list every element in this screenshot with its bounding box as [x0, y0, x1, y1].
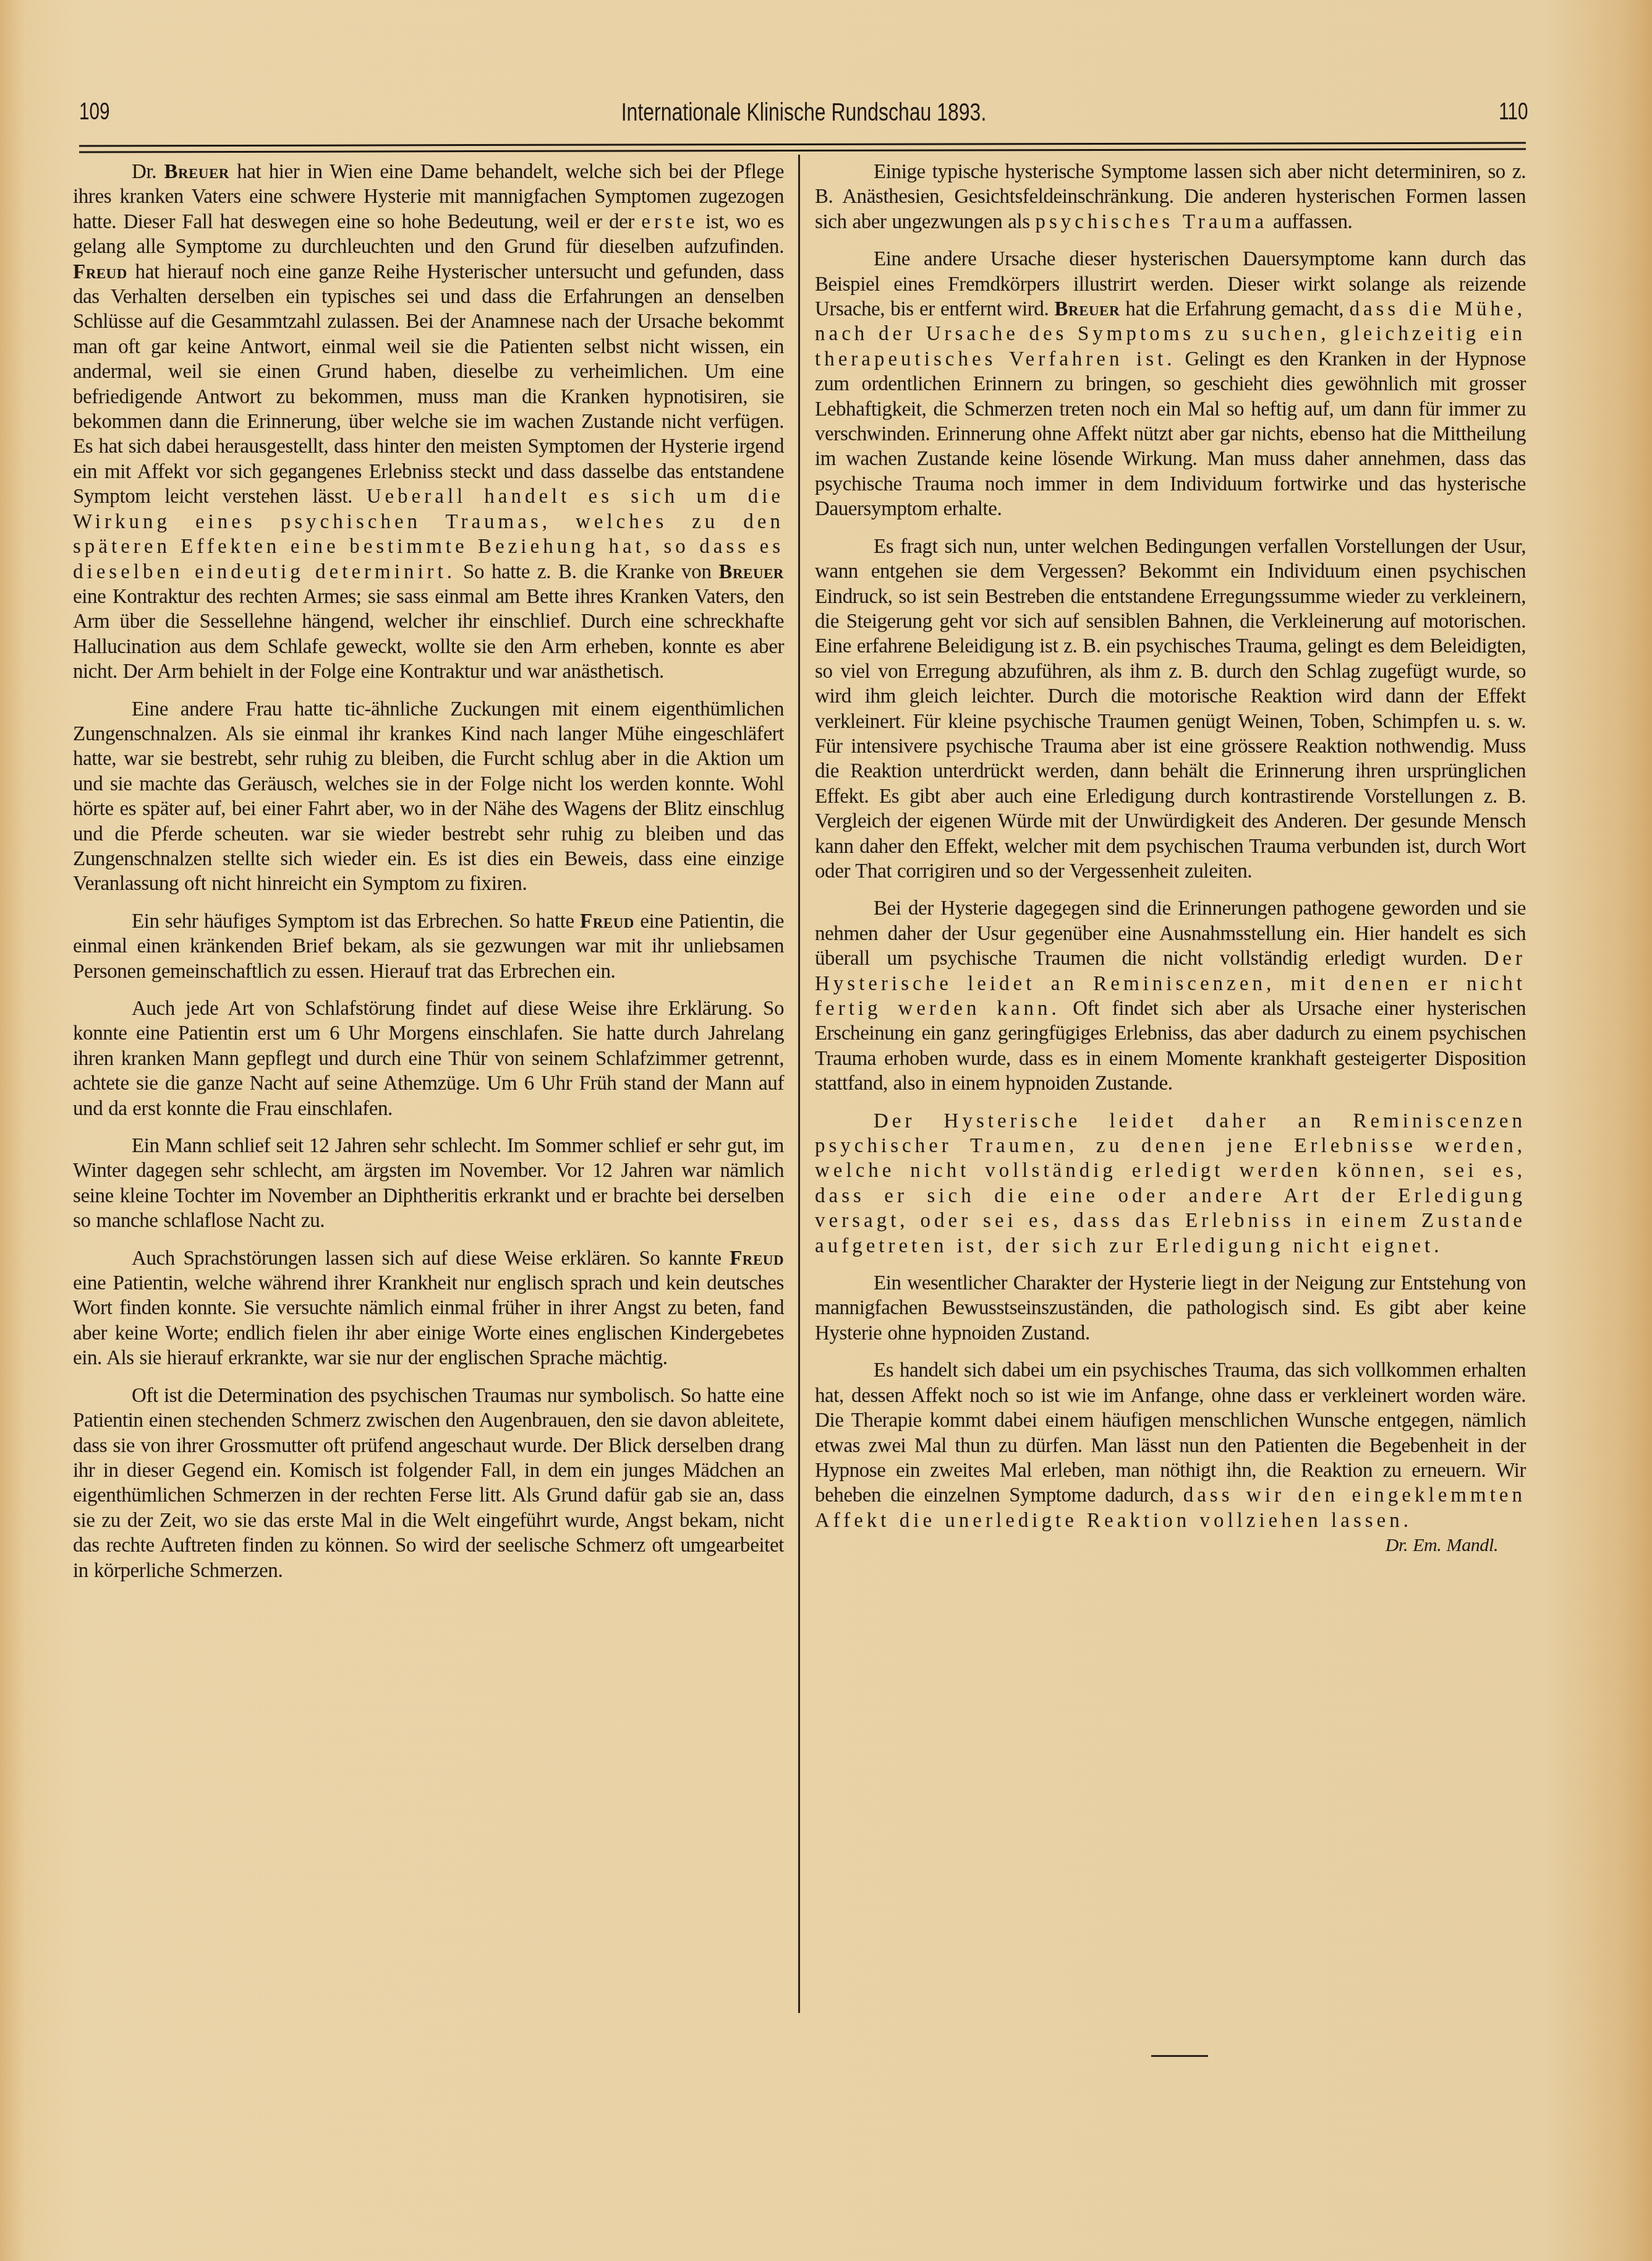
paragraph: Es handelt sich dabei um ein psychisches…	[815, 1358, 1526, 1533]
emphasized-text: psychisches Trauma	[1035, 211, 1267, 233]
text-run: eine Patientin, welche während ihrer Kra…	[73, 1272, 784, 1369]
emphasized-text: erste	[641, 211, 698, 233]
paragraph: Oft ist die Determination des psychische…	[73, 1383, 784, 1583]
author-name: Freud	[580, 910, 634, 933]
author-name: Freud	[73, 261, 127, 283]
text-run: Dr.	[132, 161, 164, 183]
paragraph: Dr. Breuer hat hier in Wien eine Dame be…	[73, 160, 784, 685]
text-run: Auch Sprachstörungen lassen sich auf die…	[132, 1247, 730, 1270]
text-run: hat hierauf noch eine ganze Reihe Hyster…	[73, 261, 784, 508]
right-column: Einige typische hysterische Symptome las…	[815, 160, 1526, 1558]
running-header: 109 Internationale Klinische Rundschau 1…	[79, 99, 1528, 136]
text-run: auffassen.	[1267, 211, 1352, 233]
journal-title: Internationale Klinische Rundschau 1893.	[224, 99, 1383, 127]
text-run: eine Kontraktur des rechten Armes; sie s…	[73, 586, 784, 683]
author-name: Freud	[730, 1247, 784, 1270]
paragraph: Der Hysterische leidet daher an Reminisc…	[815, 1109, 1526, 1259]
author-name: Breuer	[718, 561, 784, 583]
paragraph: Einige typische hysterische Symptome las…	[815, 160, 1526, 234]
text-run: Auch jede Art von Schlafstörung findet a…	[73, 998, 784, 1120]
text-run: Oft ist die Determination des psychische…	[73, 1385, 784, 1582]
paragraph: Auch Sprachstörungen lassen sich auf die…	[73, 1246, 784, 1371]
text-run: Eine andere Frau hatte tic-ähnliche Zuck…	[73, 698, 784, 895]
text-run: Es fragt sich nun, unter welchen Bedingu…	[815, 536, 1526, 883]
text-run: Bei der Hysterie dagegegen sind die Erin…	[815, 897, 1526, 970]
text-run: Ein wesentlicher Charakter der Hysterie …	[815, 1272, 1526, 1344]
paragraph: Es fragt sich nun, unter welchen Bedingu…	[815, 534, 1526, 884]
text-run: So hatte z. B. die Kranke von	[456, 561, 718, 583]
page-number-left: 109	[79, 99, 109, 126]
emphasized-text: Der Hysterische leidet daher an Reminisc…	[815, 1110, 1526, 1257]
text-run: Gelingt es den Kranken in der Hypnose zu…	[815, 348, 1526, 520]
paragraph: Ein Mann schlief seit 12 Jahren sehr sch…	[73, 1134, 784, 1234]
left-column: Dr. Breuer hat hier in Wien eine Dame be…	[73, 160, 784, 1596]
page-number-right: 110	[1499, 99, 1528, 126]
paragraph: Eine andere Ursache dieser hysterischen …	[815, 247, 1526, 521]
text-run: hat die Erfahrung gemacht,	[1120, 298, 1349, 320]
text-run: Ein sehr häufiges Symptom ist das Erbrec…	[132, 910, 580, 933]
paragraph: Eine andere Frau hatte tic-ähnliche Zuck…	[73, 697, 784, 897]
paragraph: Auch jede Art von Schlafstörung findet a…	[73, 996, 784, 1121]
author-name: Breuer	[1055, 298, 1120, 320]
author-signature: Dr. Em. Mandl.	[1327, 1533, 1498, 1558]
text-run: Ein Mann schlief seit 12 Jahren sehr sch…	[73, 1135, 784, 1232]
paragraph: Bei der Hysterie dagegegen sind die Erin…	[815, 896, 1526, 1096]
column-divider	[798, 155, 800, 2013]
paragraph: Ein wesentlicher Charakter der Hysterie …	[815, 1271, 1526, 1346]
author-name: Breuer	[164, 161, 229, 183]
paragraph: Ein sehr häufiges Symptom ist das Erbrec…	[73, 909, 784, 984]
article-end-rule	[1151, 2055, 1208, 2057]
header-double-rule	[79, 142, 1526, 153]
